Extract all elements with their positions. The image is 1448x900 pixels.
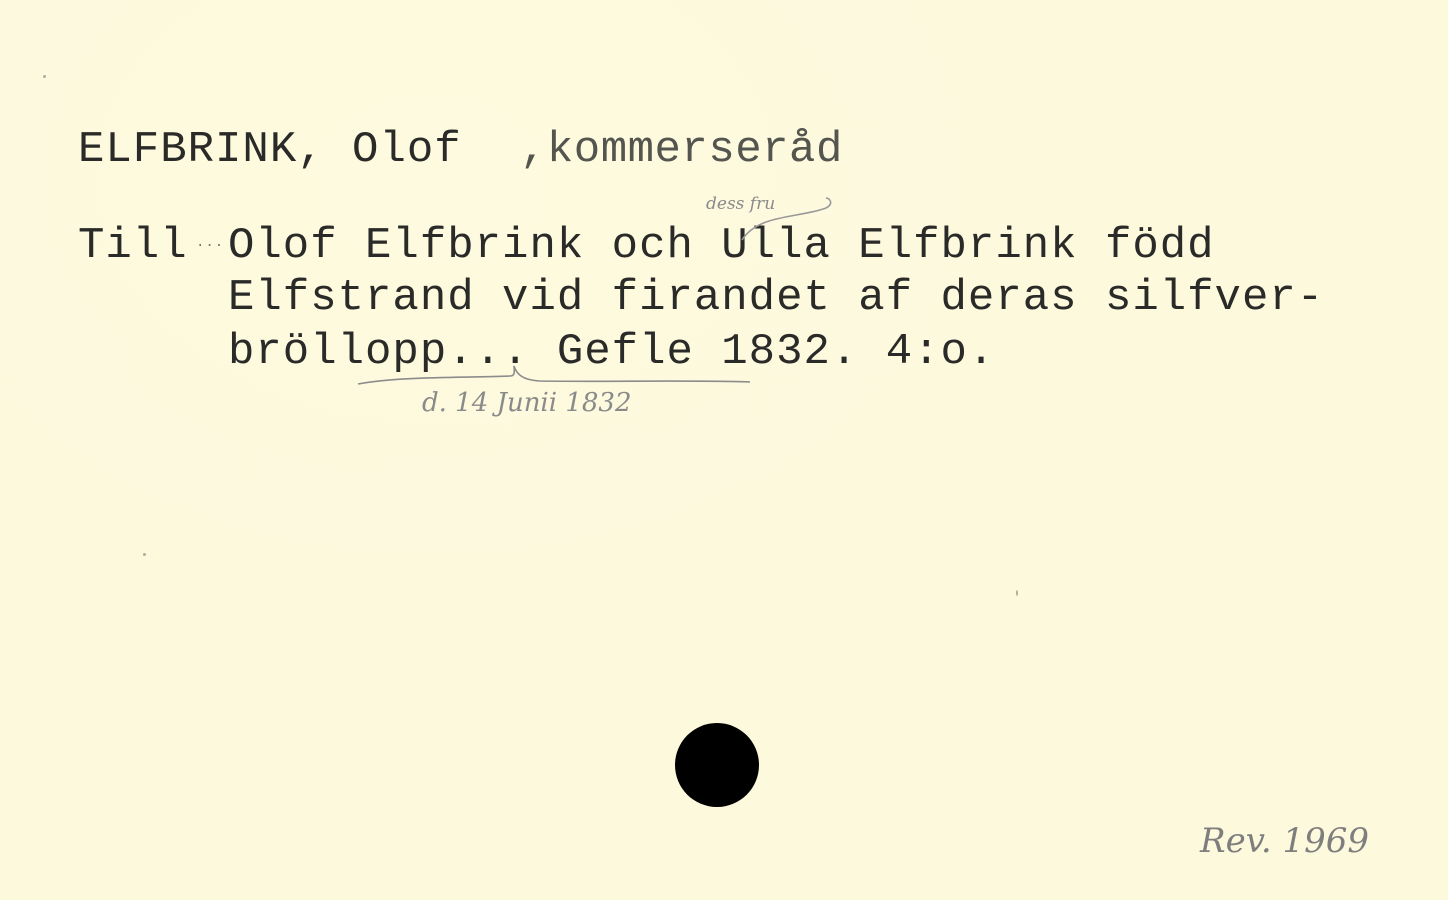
paper-speck — [1016, 590, 1018, 596]
paper-speck — [43, 75, 46, 78]
punch-hole — [675, 723, 759, 807]
insertion-caret-icon — [742, 198, 831, 240]
catalog-card: ELFBRINK, Olof ,kommerseråd Till ... Olo… — [0, 0, 1448, 900]
paper-speck — [143, 553, 146, 556]
brace-icon — [358, 366, 750, 384]
